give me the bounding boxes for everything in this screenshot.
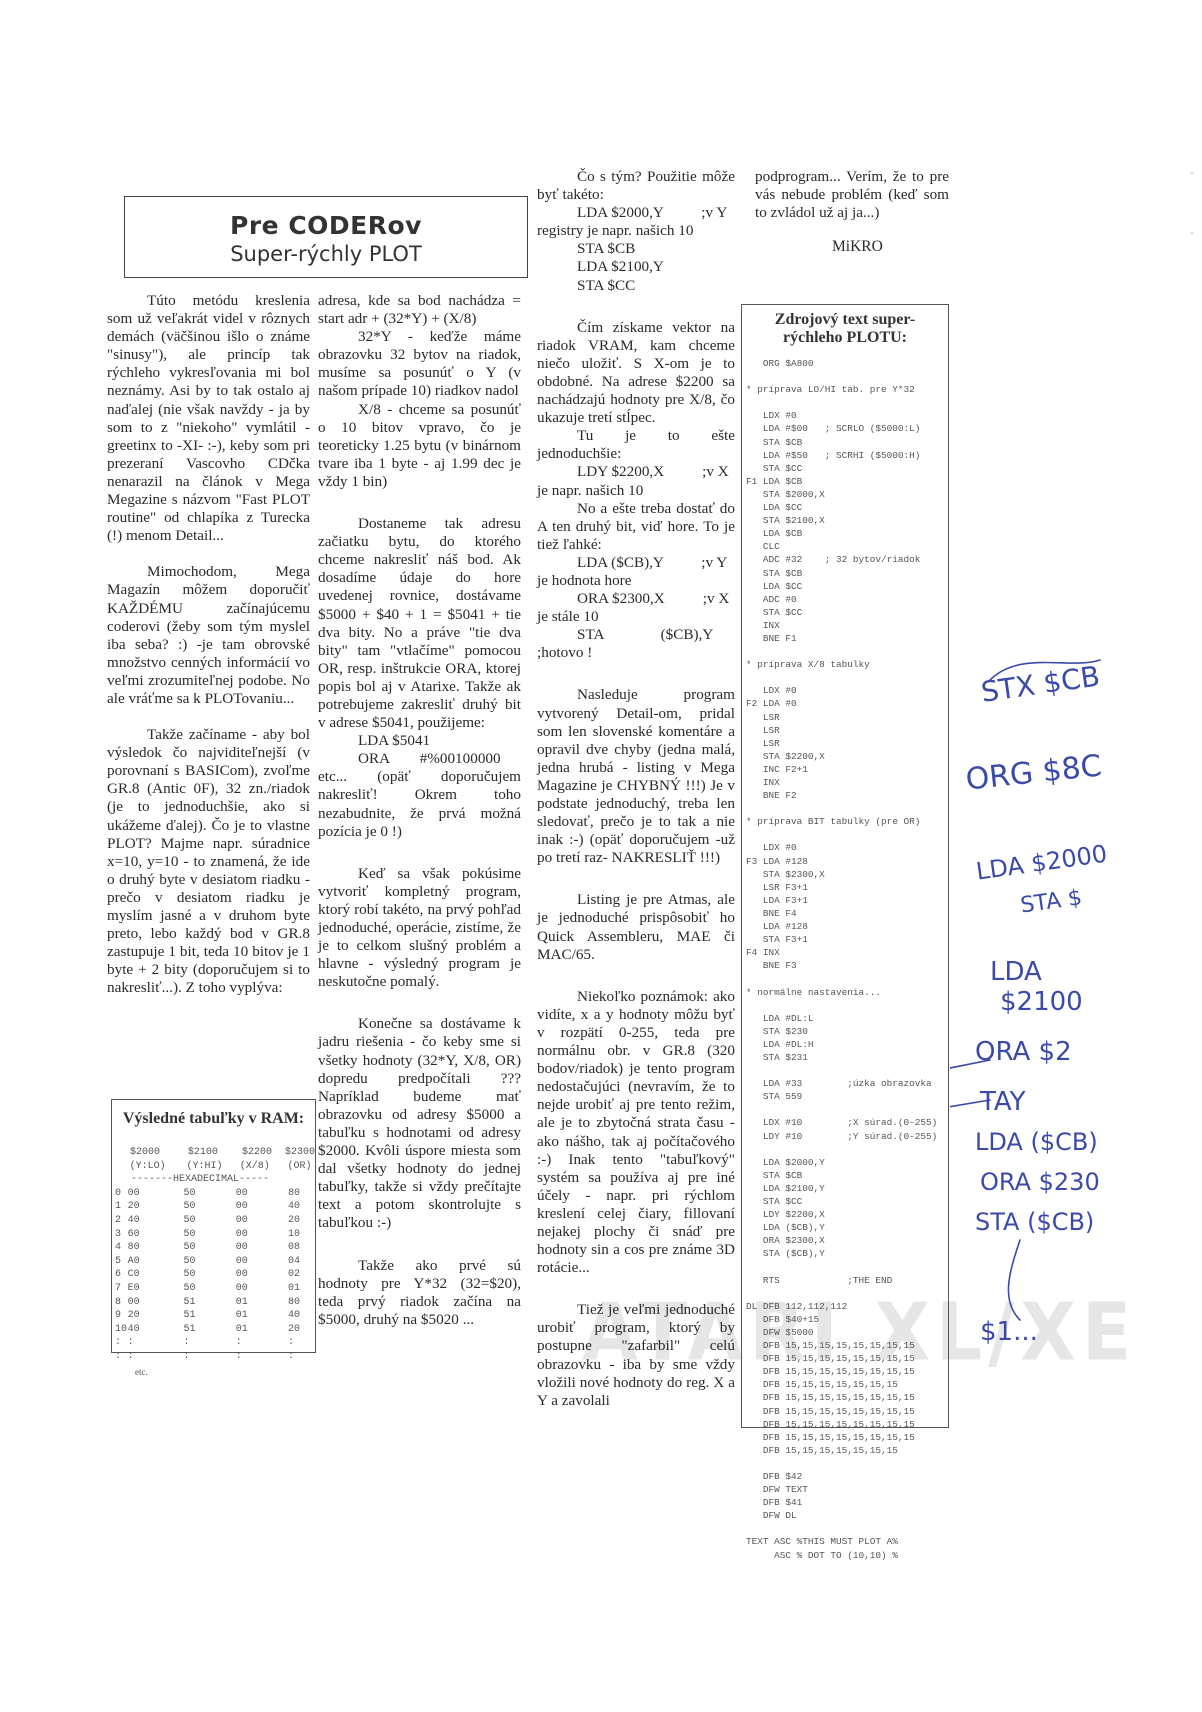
- listing-line: LDA #$00 ; SCRLO ($5000:L): [746, 422, 948, 435]
- table-cell: :: [288, 1350, 315, 1364]
- table-cell: 01: [288, 1282, 315, 1296]
- listing-line: LDA #DL:H: [746, 1038, 948, 1051]
- table-row: 000500080: [115, 1187, 315, 1201]
- table-row: 1040510120: [115, 1323, 315, 1337]
- paragraph: adresa, kde sa bod nachádza = start adr …: [318, 292, 521, 328]
- listing-line: DFB 15,15,15,15,15,15,15,15: [746, 1418, 948, 1431]
- svg-text:ORA $230: ORA $230: [980, 1168, 1100, 1196]
- listing-line: DFB 15,15,15,15,15,15,15,15: [746, 1365, 948, 1378]
- table-cell: 40: [128, 1323, 184, 1337]
- paragraph: X/8 - chceme sa posunúť o 10 bitov vprav…: [318, 401, 521, 491]
- listing-line: LDX #0: [746, 409, 948, 422]
- code-line: STA $CB: [537, 240, 735, 258]
- listing-line: STA $2000,X: [746, 488, 948, 501]
- code-line: LDY $2200,X ;v X: [537, 463, 735, 481]
- listing-line: BNE F3: [746, 959, 948, 972]
- listing-line: [746, 1143, 948, 1156]
- table-cell: 02: [288, 1268, 315, 1282]
- table-row: 240500020: [115, 1214, 315, 1228]
- paragraph: Túto metódu kreslenia som už veľakrát vi…: [107, 292, 310, 545]
- table-cell: 00: [236, 1200, 288, 1214]
- listing-line: LDA #128: [746, 920, 948, 933]
- listing-line: STA $2300,X: [746, 868, 948, 881]
- code-line: STA ($CB),Y: [537, 626, 735, 644]
- table-cell: 00: [128, 1187, 184, 1201]
- listing-line: BNE F1: [746, 632, 948, 645]
- code-comment: je stále 10: [537, 608, 735, 626]
- table-cell: 60: [128, 1228, 184, 1242]
- paragraph: Čo s tým? Použitie môže byť takéto:: [537, 168, 735, 204]
- table-cell: 00: [236, 1214, 288, 1228]
- listing-line: DFB 15,15,15,15,15,15,15,15: [746, 1431, 948, 1444]
- listing-line: STA ($CB),Y: [746, 1247, 948, 1260]
- code-line: LDA ($CB),Y ;v Y: [537, 554, 735, 572]
- code-line: LDA $2100,Y: [537, 258, 735, 276]
- listing-line: ADC #0: [746, 593, 948, 606]
- paragraph: Takže začíname - aby bol výsledok čo naj…: [107, 726, 310, 997]
- listing-line: ORA $2300,X: [746, 1234, 948, 1247]
- listing-line: F3 LDA #128: [746, 855, 948, 868]
- table-cell: 08: [288, 1241, 315, 1255]
- listing-line: DFW DL: [746, 1509, 948, 1522]
- ram-tables-title: Výsledné tabuľky v RAM:: [112, 1110, 315, 1128]
- table-cell: 20: [128, 1200, 184, 1214]
- listing-line: LDA $CB: [746, 527, 948, 540]
- table-cell: 40: [288, 1200, 315, 1214]
- listing-line: STA $231: [746, 1051, 948, 1064]
- table-cell: 20: [288, 1214, 315, 1228]
- table-cell: 3: [115, 1228, 128, 1242]
- table-cell: 5: [115, 1255, 128, 1269]
- table-cell: 0: [115, 1187, 128, 1201]
- table-cell: 20: [128, 1309, 184, 1323]
- listing-line: DL DFB 112,112,112: [746, 1300, 948, 1313]
- paragraph: Tiež je veľmi jednoduché urobiť program,…: [537, 1301, 735, 1410]
- listing-line: LDA $CC: [746, 580, 948, 593]
- ram-table-header-addr: $2000 $2100 $2200 $2300: [115, 1146, 315, 1160]
- listing-line: LSR: [746, 724, 948, 737]
- listing-line: [746, 972, 948, 985]
- table-cell: 00: [236, 1268, 288, 1282]
- table-cell: 7: [115, 1282, 128, 1296]
- listing-line: LDA F3+1: [746, 894, 948, 907]
- table-cell: 51: [183, 1323, 235, 1337]
- listing-line: * normálne nastavenia...: [746, 986, 948, 999]
- ram-table-separator: -------HEXADECIMAL-----: [115, 1173, 315, 1187]
- listing-line: [746, 1287, 948, 1300]
- listing-line: F2 LDA #0: [746, 697, 948, 710]
- article-title: Pre CODERov: [125, 211, 527, 240]
- table-cell: 50: [183, 1282, 235, 1296]
- listing-line: [746, 396, 948, 409]
- code-comment: ;hotovo !: [537, 644, 735, 662]
- listing-line: [746, 1103, 948, 1116]
- table-cell: :: [115, 1336, 128, 1350]
- listing-line: [746, 828, 948, 841]
- listing-line: DFB 15,15,15,15,15,15,15,15: [746, 1339, 948, 1352]
- table-row: 7E0500001: [115, 1282, 315, 1296]
- table-cell: 00: [128, 1296, 184, 1310]
- listing-line: STA $CB: [746, 567, 948, 580]
- paragraph: 32*Y - keďže máme obrazovku 32 bytov na …: [318, 328, 521, 400]
- listing-line: LDA $2100,Y: [746, 1182, 948, 1195]
- table-cell: 50: [183, 1241, 235, 1255]
- table-cell: 01: [236, 1309, 288, 1323]
- source-listing-box: Zdrojový text super-rýchleho PLOTU: ORG …: [741, 304, 949, 1428]
- listing-line: DFB 15,15,15,15,15,15,15,15: [746, 1405, 948, 1418]
- table-cell: C0: [128, 1268, 184, 1282]
- author-signature: MiKRO: [832, 238, 883, 256]
- listing-line: DFW TEXT: [746, 1483, 948, 1496]
- table-cell: 01: [236, 1296, 288, 1310]
- listing-line: LDX #10 ;X súrad.(0-255): [746, 1116, 948, 1129]
- paragraph: Listing je pre Atmas, ale je jednoduché …: [537, 891, 735, 963]
- svg-text:STA $: STA $: [1019, 885, 1084, 918]
- table-cell: 80: [288, 1187, 315, 1201]
- listing-line: INX: [746, 776, 948, 789]
- table-cell: 50: [183, 1200, 235, 1214]
- source-listing: ORG $A800 * príprava LO/HI tab. pre Y*32…: [746, 357, 948, 1562]
- svg-text:LDA ($CB): LDA ($CB): [975, 1128, 1098, 1156]
- listing-line: * príprava LO/HI tab. pre Y*32: [746, 383, 948, 396]
- listing-line: DFB 15,15,15,15,15,15,15: [746, 1444, 948, 1457]
- listing-line: LSR: [746, 711, 948, 724]
- table-cell: 80: [288, 1296, 315, 1310]
- column-2: adresa, kde sa bod nachádza = start adr …: [318, 292, 521, 1347]
- listing-line: STA $CB: [746, 436, 948, 449]
- table-cell: :: [183, 1336, 235, 1350]
- listing-line: DFB $40+15: [746, 1313, 948, 1326]
- table-row: 480500008: [115, 1241, 315, 1255]
- handwritten-notes-icon: STX $CB ORG $8C LDA $2000 STA $ LDA $210…: [950, 640, 1180, 1360]
- table-cell: 00: [236, 1282, 288, 1296]
- table-cell: A0: [128, 1255, 184, 1269]
- svg-text:TAY: TAY: [979, 1087, 1026, 1117]
- table-cell: 4: [115, 1241, 128, 1255]
- scan-mark: -: [1190, 225, 1194, 240]
- table-cell: 10: [115, 1323, 128, 1337]
- listing-line: LDA #33 ;úzka obrazovka: [746, 1077, 948, 1090]
- table-cell: 2: [115, 1214, 128, 1228]
- listing-line: DFB 15,15,15,15,15,15,15,15: [746, 1391, 948, 1404]
- table-row: 5A0500004: [115, 1255, 315, 1269]
- listing-line: ADC #32 ; 32 bytov/riadok: [746, 553, 948, 566]
- listing-line: INC F2+1: [746, 763, 948, 776]
- listing-line: LDA #$50 ; SCRHI ($5000:H): [746, 449, 948, 462]
- listing-line: STA $2200,X: [746, 750, 948, 763]
- table-row: 920510140: [115, 1309, 315, 1323]
- listing-line: [746, 1522, 948, 1535]
- listing-line: [746, 999, 948, 1012]
- listing-line: DFB 15,15,15,15,15,15,15,15: [746, 1352, 948, 1365]
- table-cell: :: [128, 1336, 184, 1350]
- code-comment: je hodnota hore: [537, 572, 735, 590]
- listing-line: [746, 370, 948, 383]
- table-row: 360500010: [115, 1228, 315, 1242]
- table-cell: 51: [183, 1309, 235, 1323]
- table-row: 800510180: [115, 1296, 315, 1310]
- table-cell: E0: [128, 1282, 184, 1296]
- listing-line: TEXT ASC %THIS MUST PLOT A%: [746, 1535, 948, 1548]
- listing-line: * príprava X/8 tabulky: [746, 658, 948, 671]
- article-title-box: Pre CODERov Super-rýchly PLOT: [124, 196, 528, 278]
- svg-text:ORA $2: ORA $2: [975, 1037, 1072, 1067]
- table-cell: 6: [115, 1268, 128, 1282]
- listing-line: STA $230: [746, 1025, 948, 1038]
- scan-mark: -: [1190, 165, 1194, 180]
- listing-line: STA $CC: [746, 1195, 948, 1208]
- listing-line: LDX #0: [746, 841, 948, 854]
- column-1: Túto metódu kreslenia som už veľakrát vi…: [107, 292, 310, 1015]
- listing-line: DFW $5000: [746, 1326, 948, 1339]
- article-subtitle: Super-rýchly PLOT: [125, 242, 527, 266]
- svg-text:STA ($CB): STA ($CB): [975, 1208, 1094, 1236]
- paragraph: podprogram... Verím, že to pre vás nebud…: [755, 168, 949, 222]
- listing-line: DFB 15,15,15,15,15,15,15: [746, 1378, 948, 1391]
- table-cell: 40: [288, 1309, 315, 1323]
- table-cell: :: [183, 1350, 235, 1364]
- listing-line: [746, 1260, 948, 1273]
- table-cell: 50: [183, 1228, 235, 1242]
- listing-line: [746, 645, 948, 658]
- table-row: 6C0500002: [115, 1268, 315, 1282]
- ram-table-body: 0005000801205000402405000203605000104805…: [115, 1187, 315, 1364]
- listing-line: LDY #10 ;Y súrad.(0-255): [746, 1130, 948, 1143]
- table-cell: :: [236, 1350, 288, 1364]
- listing-line: LDA #DL:L: [746, 1012, 948, 1025]
- ram-tables-box: Výsledné tabuľky v RAM: $2000 $2100 $220…: [111, 1099, 316, 1353]
- table-row: :::::: [115, 1350, 315, 1364]
- paragraph: Čím získame vektor na riadok VRAM, kam c…: [537, 319, 735, 428]
- listing-line: [746, 802, 948, 815]
- table-cell: :: [128, 1350, 184, 1364]
- listing-line: STA $CC: [746, 606, 948, 619]
- svg-text:ORG $8C: ORG $8C: [964, 749, 1103, 798]
- table-cell: 80: [128, 1241, 184, 1255]
- table-cell: 50: [183, 1255, 235, 1269]
- table-cell: 51: [183, 1296, 235, 1310]
- table-cell: 00: [236, 1228, 288, 1242]
- svg-text:LDA $2000: LDA $2000: [974, 840, 1108, 886]
- listing-line: BNE F2: [746, 789, 948, 802]
- paragraph: Dostaneme tak adresu začiatku bytu, do k…: [318, 515, 521, 732]
- listing-line: BNE F4: [746, 907, 948, 920]
- listing-title: Zdrojový text super-rýchleho PLOTU:: [742, 311, 948, 347]
- table-cell: :: [288, 1336, 315, 1350]
- listing-line: DFB $41: [746, 1496, 948, 1509]
- svg-text:LDA: LDA: [990, 957, 1042, 987]
- table-cell: 50: [183, 1268, 235, 1282]
- listing-line: STA $CC: [746, 462, 948, 475]
- listing-line: F1 LDA $CB: [746, 475, 948, 488]
- code-comment: registry je napr. našich 10: [537, 222, 735, 240]
- listing-line: CLC: [746, 540, 948, 553]
- listing-line: LDX #0: [746, 684, 948, 697]
- table-cell: 40: [128, 1214, 184, 1228]
- ram-table: $2000 $2100 $2200 $2300 (Y:LO) (Y:HI) (X…: [115, 1146, 315, 1379]
- table-row: 120500040: [115, 1200, 315, 1214]
- code-line: STA $CC: [537, 277, 735, 295]
- paragraph: Takže ako prvé sú hodnoty pre Y*32 (32=$…: [318, 1257, 521, 1329]
- listing-line: LDA $CC: [746, 501, 948, 514]
- code-comment: je napr. našich 10: [537, 482, 735, 500]
- code-line: ORA $2300,X ;v X: [537, 590, 735, 608]
- paragraph: Niekoľko poznámok: ako vidíte, x a y hod…: [537, 988, 735, 1278]
- listing-line: LDA ($CB),Y: [746, 1221, 948, 1234]
- paragraph: Keď sa však pokúsime vytvoriť kompletný …: [318, 865, 521, 992]
- listing-line: STA $CB: [746, 1169, 948, 1182]
- table-cell: :: [236, 1336, 288, 1350]
- listing-line: STA 559: [746, 1090, 948, 1103]
- column-3: Čo s tým? Použitie môže byť takéto: LDA …: [537, 168, 735, 1428]
- listing-line: ORG $A800: [746, 357, 948, 370]
- listing-line: LDY $2200,X: [746, 1208, 948, 1221]
- listing-line: F4 INX: [746, 946, 948, 959]
- listing-line: [746, 1064, 948, 1077]
- table-row: :::::: [115, 1336, 315, 1350]
- paragraph: Konečne sa dostávame k jadru riešenia - …: [318, 1015, 521, 1232]
- table-cell: 00: [236, 1241, 288, 1255]
- paragraph: etc... (opäť doporučujem nakresliť! Okre…: [318, 768, 521, 840]
- table-cell: 10: [288, 1228, 315, 1242]
- listing-line: STA F3+1: [746, 933, 948, 946]
- listing-line: [746, 671, 948, 684]
- listing-line: ASC % DOT TO (10,10) %: [746, 1549, 948, 1562]
- svg-text:$2100: $2100: [1000, 987, 1083, 1017]
- table-cell: 50: [183, 1187, 235, 1201]
- ram-table-footer: etc.: [115, 1366, 315, 1380]
- code-line: LDA $5041: [318, 732, 521, 750]
- listing-line: LSR: [746, 737, 948, 750]
- ram-table-header-label: (Y:LO) (Y:HI) (X/8) (OR): [115, 1160, 315, 1174]
- paragraph: No a ešte treba dostať do A ten druhý bi…: [537, 500, 735, 554]
- table-cell: 1: [115, 1200, 128, 1214]
- table-cell: 20: [288, 1323, 315, 1337]
- table-cell: 00: [236, 1187, 288, 1201]
- code-line: LDA $2000,Y ;v Y: [537, 204, 735, 222]
- paragraph: Nasleduje program vytvorený Detail-om, p…: [537, 686, 735, 867]
- table-cell: 9: [115, 1309, 128, 1323]
- listing-line: * príprava BIT tabulky (pre OR): [746, 815, 948, 828]
- paragraph: Tu je to ešte jednoduchšie:: [537, 427, 735, 463]
- svg-text:STX $CB: STX $CB: [979, 659, 1102, 708]
- listing-line: DFB $42: [746, 1470, 948, 1483]
- code-line: ORA #%00100000: [318, 750, 521, 768]
- table-cell: 00: [236, 1255, 288, 1269]
- table-cell: 01: [236, 1323, 288, 1337]
- listing-line: INX: [746, 619, 948, 632]
- table-cell: 04: [288, 1255, 315, 1269]
- column-4: podprogram... Verím, že to pre vás nebud…: [755, 168, 949, 240]
- listing-line: RTS ;THE END: [746, 1274, 948, 1287]
- table-cell: 50: [183, 1214, 235, 1228]
- listing-line: STA $2100,X: [746, 514, 948, 527]
- listing-line: [746, 1457, 948, 1470]
- paragraph: Mimochodom, Mega Magazín môžem doporučiť…: [107, 563, 310, 708]
- table-cell: 8: [115, 1296, 128, 1310]
- table-cell: :: [115, 1350, 128, 1364]
- listing-line: LSR F3+1: [746, 881, 948, 894]
- listing-line: LDA $2000,Y: [746, 1156, 948, 1169]
